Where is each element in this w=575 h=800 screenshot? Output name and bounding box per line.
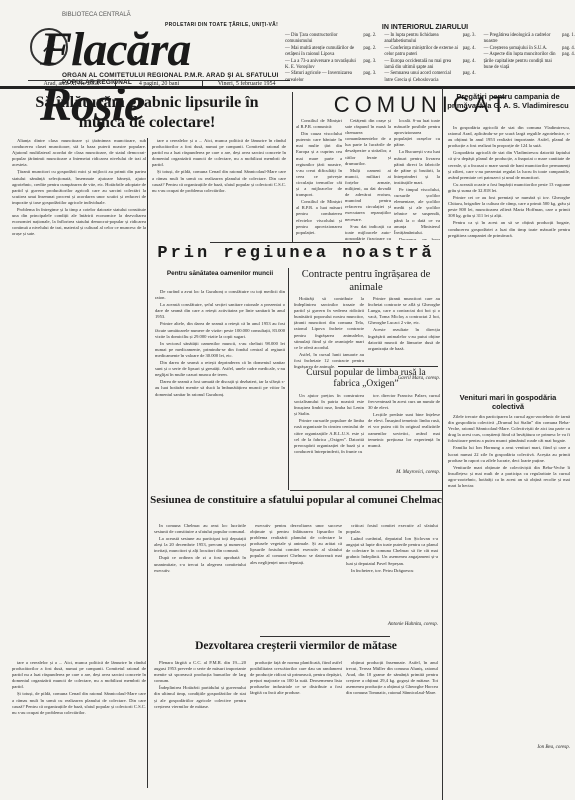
toc-item[interactable]: — In lupta pentru lichidarea analfabetis…	[384, 33, 475, 46]
toc-item[interactable]: — Conferința miniștrilor de externe ai c…	[384, 46, 475, 59]
lead-col-1: Alianța dintre clasa muncitoare și țărăn…	[12, 138, 146, 658]
paragraph: Veniturile mari obținute de colectiviști…	[448, 465, 570, 489]
paragraph: Din darea de seamă a reieșit deprinderea…	[155, 360, 285, 378]
paragraph: locală. S-au luat toate măsurile posibil…	[394, 118, 440, 148]
paragraph: tov. director Francisc Palzer, cursul fr…	[368, 393, 440, 411]
toc-item[interactable]: — La a 73-a aniversare a tovarășului K. …	[285, 59, 376, 72]
lead-article: Să înlăturăm grabnic lipsurile în munca …	[4, 93, 290, 133]
paragraph: Deoarece, pe baza indicațiilor sfaturilo…	[394, 237, 440, 240]
toc-item-page: pag. 3.	[363, 71, 376, 84]
paragraph: După ce ordinea de zi a fost aprobată în…	[154, 555, 246, 573]
toc-item-text: — Aspecte din lupta muncitorilor din țăr…	[484, 52, 559, 71]
paragraph: Darea de seamă a fost urmată de discuții…	[155, 379, 285, 397]
paragraph: In încheiere, tov. Petru Drăgoescu	[346, 568, 438, 574]
collective-headline: Venituri mari în gospodăria colectivă	[446, 393, 570, 411]
paragraph: In comuna Chelmac au avut loc lucrările …	[154, 523, 246, 535]
paragraph: Țăranii muncitori cu gospodării mici și …	[12, 169, 146, 206]
toc-item[interactable]: — Mai multă atenție cumulărilor de cetăț…	[285, 46, 376, 59]
council-col-2: executiv pentru dezvoltarea unor succese…	[250, 523, 342, 628]
russian-col-1: Un ajutor prețios în construirea sociali…	[294, 393, 364, 483]
health-headline: Pentru sănătatea oamenilor muncii	[155, 270, 285, 278]
paragraph: executiv pentru dezvoltarea unor succese…	[250, 523, 342, 566]
toc-item-text: — Din Țara constructorilor comunismului	[285, 33, 360, 46]
toc-item[interactable]: — Pregătirea ideologică a cadrelor noast…	[484, 33, 575, 46]
toc-item-page: pag. 1.	[562, 33, 575, 46]
paragraph: Hotărâți să contribuie la îndeplinirea s…	[294, 296, 364, 351]
paragraph: Alianța dintre clasa muncitoare și țărăn…	[12, 138, 146, 168]
toc-item[interactable]: — Semnarea unui acord comercial între Gr…	[384, 71, 475, 84]
paragraph: In gospodăria agricolă de stat din comun…	[448, 125, 570, 149]
paragraph: In sectorul sănătății oamenilor muncii, …	[155, 341, 285, 359]
paragraph: Printre altele, din darea de seamă a rei…	[155, 321, 285, 339]
gas-body: In gospodăria agricolă de stat din comun…	[448, 125, 570, 390]
toc-item-text: — La a 73-a aniversare a tovarășului K. …	[285, 59, 360, 72]
silkworm-col-2: producție față de norma planificată, fii…	[250, 660, 342, 795]
section-title: Prin regiunea noastră	[150, 244, 442, 263]
paragraph: Printre țăranii muncitori care au închei…	[368, 296, 440, 326]
paragraph: Zilele trecute din participarea la cursu…	[448, 414, 570, 444]
paragraph: criticat fostul comitet executiv al sfat…	[346, 523, 438, 535]
contracts-col-2: Printre țăranii muncitori care au închei…	[368, 296, 440, 376]
paragraph: Printre cursurile populare de limba rusă…	[294, 418, 364, 455]
health-body: De curând a avut loc la Gurahonț o consf…	[155, 289, 285, 489]
paragraph: La București s-au luat măsuri pentru liv…	[394, 149, 440, 186]
paragraph: La această consfătuire, șeful secției sa…	[155, 302, 285, 320]
toc-item-text: — Pregătirea ideologică a cadrelor noast…	[484, 33, 559, 46]
paragraph: tare a cerealelor și a ... Aici, munca p…	[12, 660, 146, 690]
toc-item-page: pag. 4.	[562, 52, 575, 71]
paragraph: tare a cerealelor și a ... Aici, munca p…	[152, 138, 286, 168]
russian-signature: M. Mayrovici, coresp.	[368, 470, 440, 475]
toc: IN INTERIORUL ZIARULUI — Din Țara constr…	[285, 24, 575, 86]
toc-item[interactable]: — Sfaturi agricole — Invernizarea cereal…	[285, 71, 376, 84]
toc-item-page: pag. 4.	[463, 59, 476, 72]
paragraph: Lecțiile predate sunt bine înțelese de e…	[368, 412, 440, 449]
toc-item-page: pag. 2.	[363, 33, 376, 46]
paragraph: obținut producții însemnate. Astfel, în …	[346, 660, 438, 697]
paragraph: Luând cuvântul, deputatul Ion Șiclovan s…	[346, 536, 438, 566]
toc-item-text: — Mai multă atenție cumulărilor de cetăț…	[285, 46, 360, 59]
silkworm-col-3: obținut producții însemnate. Astfel, în …	[346, 660, 438, 795]
paragraph: La această sesiune au participat toți de…	[154, 536, 246, 554]
paragraph: Pe timpul viscolului, cursurile școlilor…	[394, 187, 440, 236]
toc-title: IN INTERIORUL ZIARULUI	[275, 24, 575, 31]
russian-col-2: tov. director Francisc Palzer, cursul fr…	[368, 393, 440, 468]
toc-item[interactable]: — Din Țara constructorilor comunismuluip…	[285, 33, 376, 46]
toc-item-text: — Europa occidentală nu mai grea iarnă d…	[384, 59, 459, 72]
paragraph: Un ajutor prețios în construirea sociali…	[294, 393, 364, 417]
paragraph: Aceste rezultate în direcția îngrășării …	[368, 327, 440, 351]
collective-signature: Ion Bea, coresp.	[448, 745, 570, 750]
contracts-headline: Contracte pentru îngrășarea de animale	[292, 268, 440, 294]
toc-item-page: pag. 4.	[463, 46, 476, 59]
collective-body: Zilele trecute din participarea la cursu…	[448, 414, 570, 744]
lead-col-2-text: tare a cerealelor și a ... Aici, munca p…	[152, 138, 286, 238]
paragraph: Consiliul de Miniștri al R.P.R. a luat m…	[296, 199, 342, 236]
silkworm-headline: Dezvoltarea creșterii viermilor de mătas…	[150, 640, 442, 652]
paragraph: Cu această ocazie a fost împărțit muncit…	[448, 182, 570, 194]
paragraph: Pentru ca și în acest an să se obțină pr…	[448, 220, 570, 238]
gas-headline: Pregătiri pentru campania de primăvară l…	[446, 92, 570, 110]
toc-item-text: — Semnarea unui acord comercial între Gr…	[384, 71, 459, 84]
paragraph: Printre cei ce au fost premiați se număr…	[448, 195, 570, 219]
council-col-1: In comuna Chelmac au avut loc lucrările …	[154, 523, 246, 628]
paragraph: Problema în întregime și la timp a cotel…	[12, 207, 146, 237]
lead-col-1b: tare a cerealelor și a ... Aici, munca p…	[12, 660, 146, 780]
paragraph: Îndeplinirea Hotărârii partidului și guv…	[154, 685, 246, 709]
paragraph: Familia lui Ion Hornung a avut venituri …	[448, 445, 570, 463]
council-signature: Antonie Huhnita, coresp.	[346, 622, 438, 627]
library-stamp: BIBLIOTECA CENTRALĂ	[62, 12, 131, 18]
council-col-3: criticat fostul comitet executiv al sfat…	[346, 523, 438, 623]
toc-item-page: pag. 3.	[363, 59, 376, 72]
paragraph: Din cauza viscolului puternic care bântu…	[296, 131, 342, 198]
communique-col-1: Consiliul de Miniștri al R.P.R. comunică…	[296, 118, 342, 240]
masthead: BIBLIOTECA CENTRALĂ PROLETARI DIN TOATE …	[0, 0, 290, 88]
communique-col-3-body: locală. S-au luat toate măsurile posibil…	[394, 118, 440, 240]
paragraph: Gospodăria agricolă de stat din Vladimir…	[448, 150, 570, 180]
toc-item-text: — Sfaturi agricole — Invernizarea cereal…	[285, 71, 360, 84]
toc-item-text: — Conferința miniștrilor de externe ai c…	[384, 46, 459, 59]
paragraph: De curând a avut loc la Gurahonț o consf…	[155, 289, 285, 301]
paragraph: producție față de norma planificată, fii…	[250, 660, 342, 697]
toc-item-text: — In lupta pentru lichidarea analfabetis…	[384, 33, 459, 46]
toc-item-page: pag. 3.	[463, 33, 476, 46]
paragraph: Plenara lărgită a C.C. al P.M.R. din 19—…	[154, 660, 246, 684]
council-headline: Sesiunea de constituire a sfatului popul…	[150, 493, 442, 507]
toc-item[interactable]: — Aspecte din lupta muncitorilor din țăr…	[484, 52, 575, 71]
toc-item-page: pag. 2.	[363, 46, 376, 59]
paragraph: Și totuși, de pildă, comuna Cenad din ra…	[12, 691, 146, 715]
russian-headline: Cursul popular de limba rusă la fabrica …	[292, 368, 440, 390]
toc-item[interactable]: — Europa occidentală nu mai grea iarnă d…	[384, 59, 475, 72]
lead-headline: Să înlăturăm grabnic lipsurile în munca …	[4, 93, 290, 133]
toc-item-page: pag. 4.	[463, 71, 476, 84]
silkworm-col-1: Plenara lărgită a C.C. al P.M.R. din 19—…	[154, 660, 246, 795]
paragraph: Consiliul de Miniștri al R.P.R. comunică…	[296, 118, 342, 130]
paragraph: Și totuși, de pildă, comuna Cenad din ra…	[152, 169, 286, 193]
